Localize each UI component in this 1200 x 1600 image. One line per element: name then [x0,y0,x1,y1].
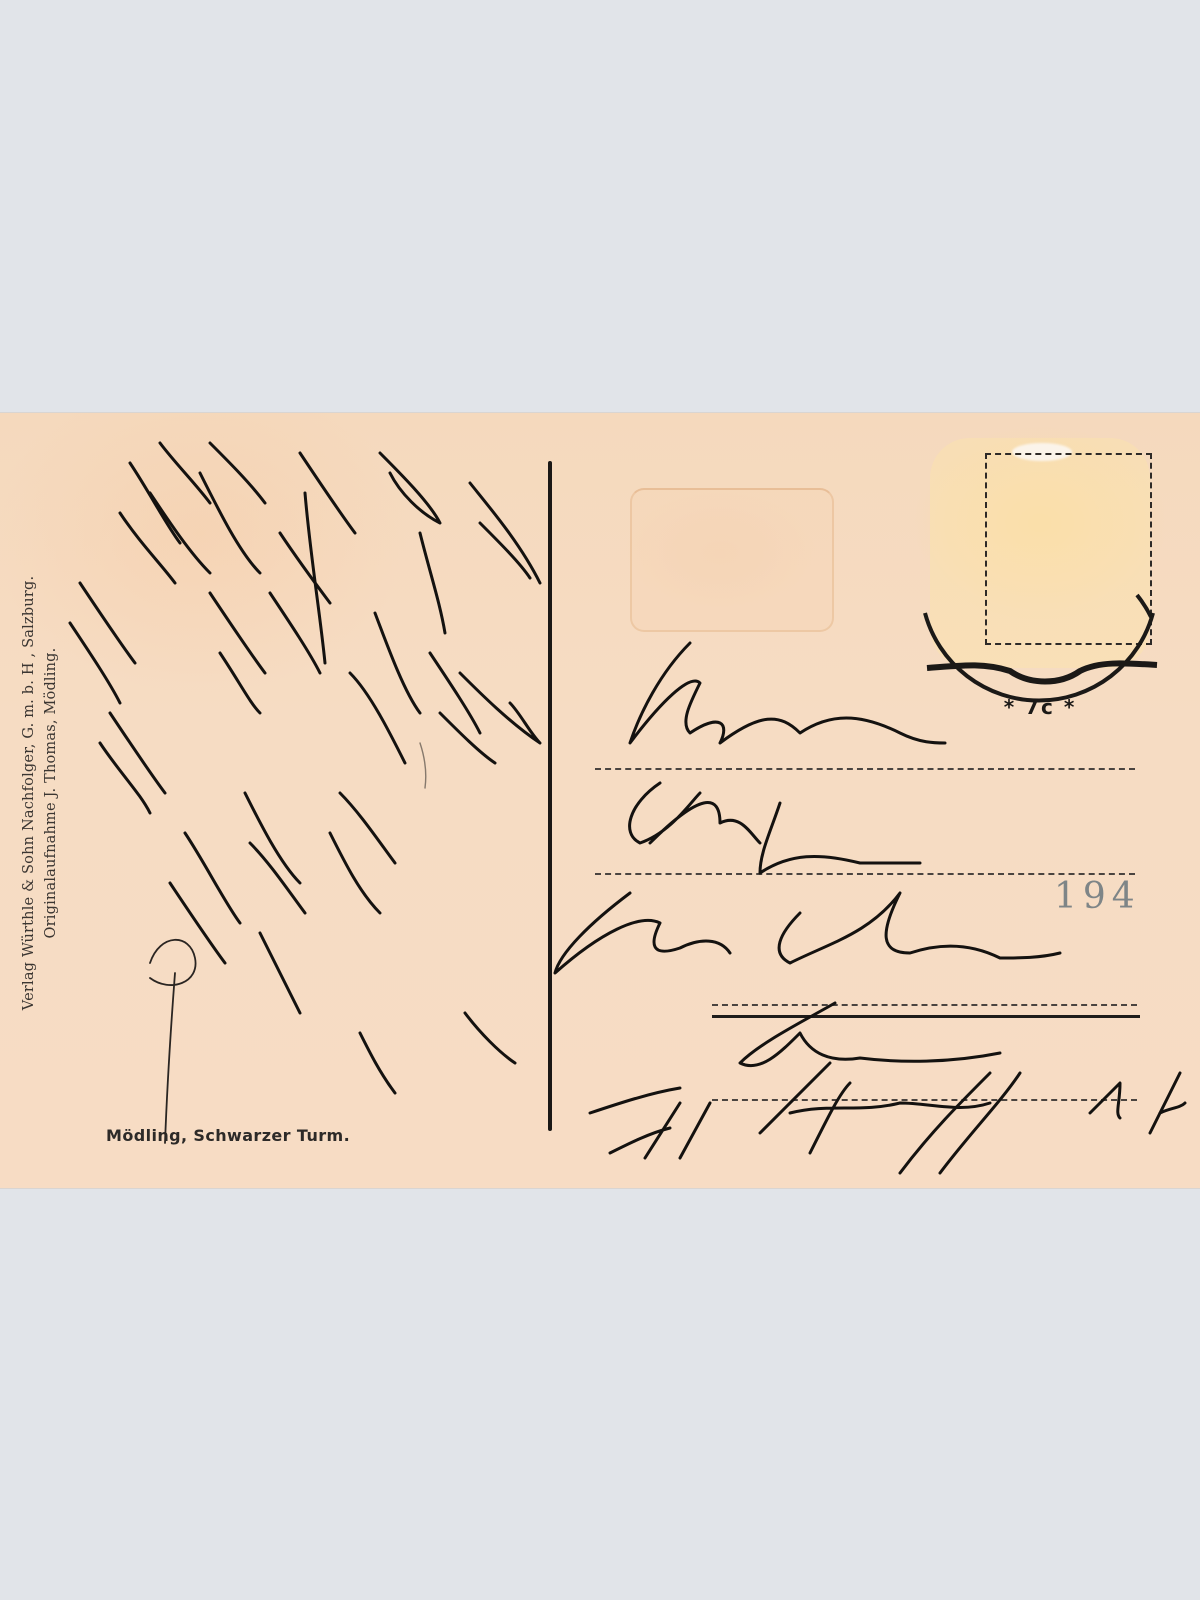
address-line-3 [712,1004,1137,1006]
reference-number: 194 [1054,876,1141,917]
postcard-back: Verlag Würthle & Sohn Nachfolger, G. m. … [0,413,1200,1188]
postmark: * 7c * [915,573,1165,753]
address-underline [712,1015,1140,1018]
photo-credit-line: Originalaufnahme J. Thomas, Mödling. [40,576,62,1011]
address-line-1 [595,768,1135,770]
publisher-imprint: Verlag Würthle & Sohn Nachfolger, G. m. … [10,513,70,1073]
address-line-2 [595,873,1135,875]
picture-caption: Mödling, Schwarzer Turm. [106,1126,350,1145]
address-line-4 [712,1099,1137,1101]
postmark-icon [915,573,1165,753]
message-address-divider [548,461,552,1131]
handwritten-message [70,443,540,1143]
water-stain [630,488,834,632]
postmark-text: * 7c * [915,695,1165,719]
publisher-line: Verlag Würthle & Sohn Nachfolger, G. m. … [18,576,40,1011]
